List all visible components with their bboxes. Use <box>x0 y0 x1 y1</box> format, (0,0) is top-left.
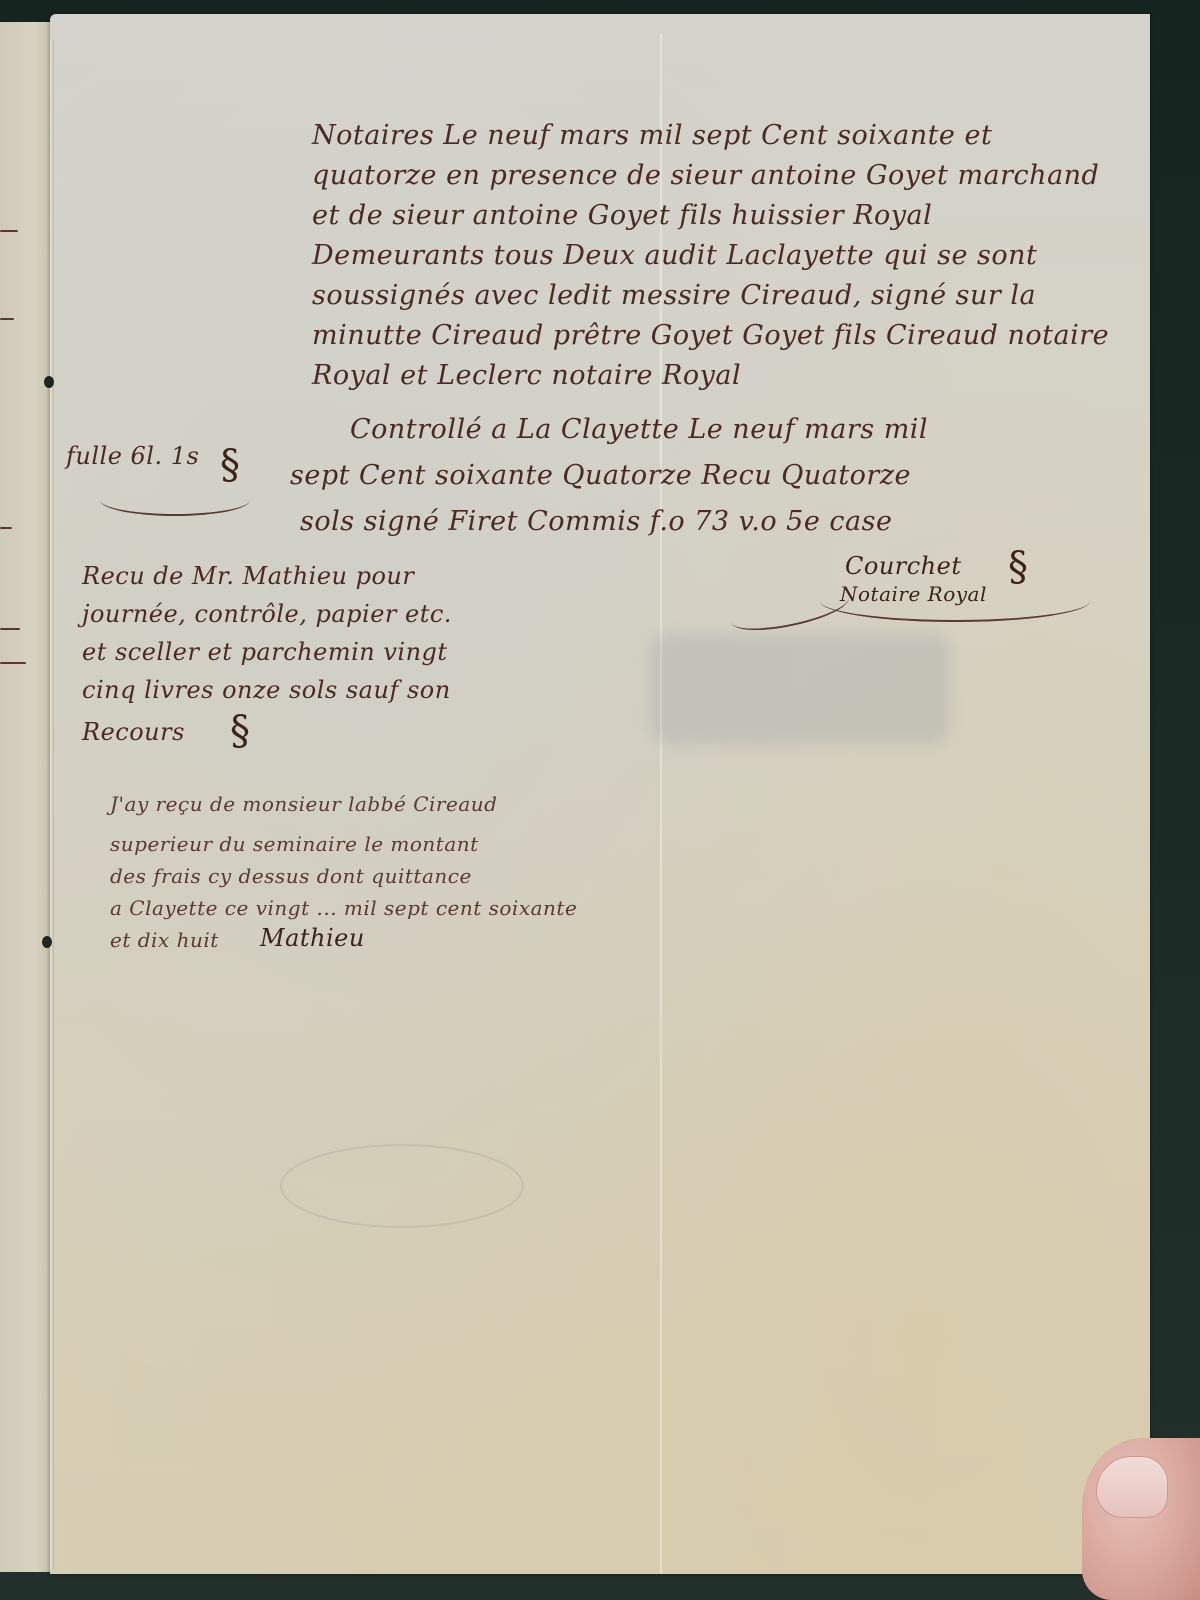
paraph-flourish-icon: § <box>220 442 240 488</box>
second-note-line: J'ay reçu de monsieur labbé Cireaud <box>110 792 497 816</box>
signature-name: Courchet <box>845 552 962 580</box>
main-text-line: Notaires Le neuf mars mil sept Cent soix… <box>312 120 992 151</box>
ink-mark <box>0 318 14 320</box>
paraph-flourish-icon: § <box>230 708 250 754</box>
control-text-line: Controllé a La Clayette Le neuf mars mil <box>350 414 928 445</box>
second-note-line: des frais cy dessus dont quittance <box>110 864 472 888</box>
control-text-line: sols signé Firet Commis f.o 73 v.o 5e ca… <box>300 506 892 537</box>
signature-flourish <box>728 582 852 638</box>
receipt-note-line: Recu de Mr. Mathieu pour <box>82 562 414 590</box>
stain <box>650 634 950 744</box>
receipt-note-line: Recours <box>82 718 185 746</box>
binding-gutter <box>50 40 54 1570</box>
faded-stamp <box>280 1144 524 1228</box>
holding-thumb <box>1082 1438 1200 1600</box>
control-text-line: sept Cent soixante Quatorze Recu Quatorz… <box>290 460 911 491</box>
second-note-line: superieur du seminaire le montant <box>110 832 479 856</box>
second-note-line: et dix huit <box>110 928 219 952</box>
binding-hole <box>44 376 54 388</box>
main-text-line: soussignés avec ledit messire Cireaud, s… <box>312 280 1036 311</box>
receipt-note-line: et sceller et parchemin vingt <box>82 638 448 666</box>
main-text-line: minutte Cireaud prêtre Goyet Goyet fils … <box>312 320 1109 351</box>
left-facing-page <box>0 22 50 1572</box>
main-text-line: Royal et Leclerc notaire Royal <box>312 360 741 391</box>
main-text-line: quatorze en presence de sieur antoine Go… <box>312 160 1099 191</box>
ink-mark <box>0 230 18 232</box>
second-note-line: a Clayette ce vingt ... mil sept cent so… <box>110 896 577 920</box>
ink-mark <box>0 527 12 529</box>
receipt-note-line: journée, contrôle, papier etc. <box>82 600 452 628</box>
binding-hole <box>42 936 52 948</box>
manuscript-page: Notaires Le neuf mars mil sept Cent soix… <box>50 14 1150 1574</box>
main-text-line: Demeurants tous Deux audit Laclayette qu… <box>312 240 1037 271</box>
ink-mark <box>0 662 26 664</box>
ink-mark <box>0 628 20 630</box>
thumbnail <box>1096 1456 1168 1518</box>
main-text-line: et de sieur antoine Goyet fils huissier … <box>312 200 932 231</box>
receipt-note-line: cinq livres onze sols sauf son <box>82 676 451 704</box>
flourish-line <box>100 484 250 516</box>
signature-flourish <box>820 580 1090 622</box>
margin-note: fulle 6l. 1s <box>66 442 199 470</box>
second-signature: Mathieu <box>260 924 365 952</box>
